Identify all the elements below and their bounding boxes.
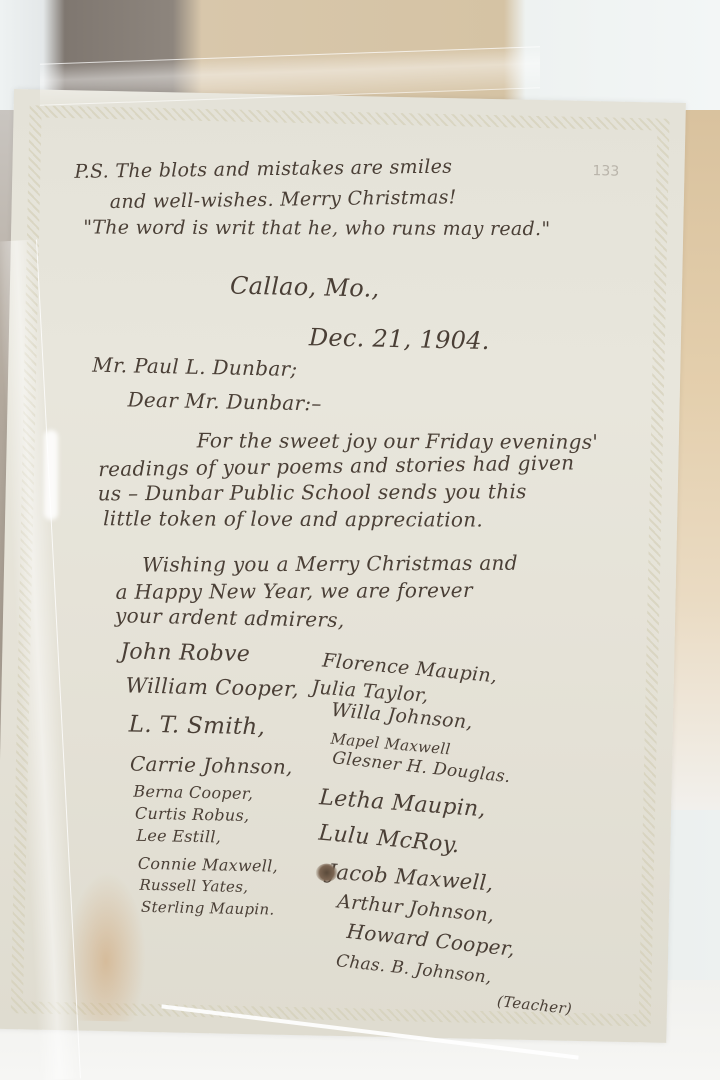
letter-place: Callao, Mo., bbox=[230, 272, 380, 303]
signature-right-6: Letha Maupin, bbox=[318, 785, 486, 822]
signature-left-2: William Cooper, bbox=[125, 673, 299, 701]
signature-left-8: Connie Maxwell, bbox=[138, 854, 278, 876]
signature-right-11: Chas. B. Johnson, bbox=[335, 951, 493, 988]
postscript-line-3: "The word is writ that he, who runs may … bbox=[83, 217, 550, 241]
signature-left-9: Russell Yates, bbox=[139, 876, 248, 896]
signature-left-1: John Robve bbox=[120, 639, 250, 667]
signature-right-7: Lulu McRoy. bbox=[318, 821, 461, 859]
teacher-note: (Teacher) bbox=[496, 992, 573, 1018]
signature-left-6: Curtis Robus, bbox=[135, 804, 250, 825]
signature-left-3: L. T. Smith, bbox=[129, 712, 266, 741]
age-stain bbox=[65, 870, 148, 1022]
addressee: Mr. Paul L. Dunbar; bbox=[92, 353, 298, 381]
postscript-line-2: and well-wishes. Merry Christmas! bbox=[110, 186, 457, 213]
body-line-4: little token of love and appreciation. bbox=[103, 506, 483, 531]
signature-left-7: Lee Estill, bbox=[136, 826, 221, 847]
signature-left-10: Sterling Maupin. bbox=[141, 898, 275, 919]
postscript-line-1: P.S. The blots and mistakes are smiles bbox=[74, 156, 452, 183]
body-line-3: us – Dunbar Public School sends you this bbox=[98, 479, 527, 505]
body-line-2: readings of your poems and stories had g… bbox=[98, 450, 574, 481]
letter-paper: 133 P.S. The blots and mistakes are smil… bbox=[0, 89, 686, 1043]
body-line-1: For the sweet joy our Friday evenings' bbox=[197, 428, 598, 453]
body-line-6: a Happy New Year, we are forever bbox=[116, 578, 473, 604]
body-line-5: Wishing you a Merry Christmas and bbox=[142, 551, 518, 577]
page-number: 133 bbox=[592, 163, 619, 180]
acrylic-glare bbox=[44, 430, 58, 520]
salutation: Dear Mr. Dunbar:– bbox=[127, 387, 322, 415]
signature-right-8: Jacob Maxwell, bbox=[327, 859, 494, 895]
signature-left-4: Carrie Johnson, bbox=[130, 752, 293, 779]
body-line-7: your ardent admirers, bbox=[115, 603, 345, 632]
photo-scene: 133 P.S. The blots and mistakes are smil… bbox=[0, 0, 720, 1080]
letter-date: Dec. 21, 1904. bbox=[309, 323, 490, 355]
signature-left-5: Berna Cooper, bbox=[133, 782, 253, 804]
